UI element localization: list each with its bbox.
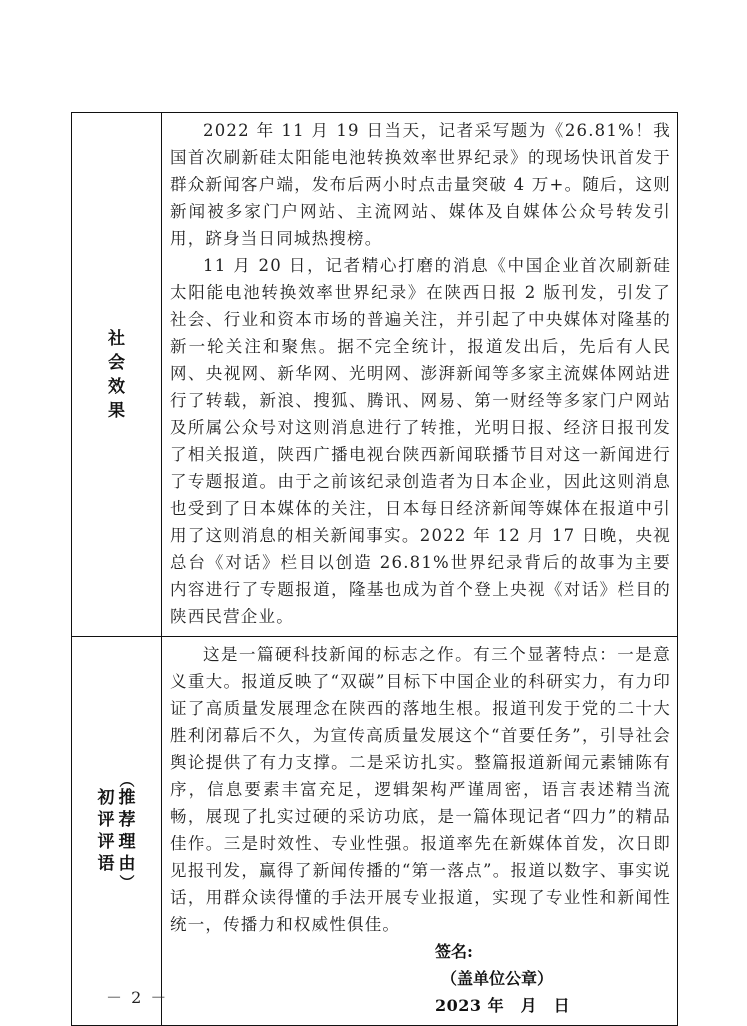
social-effect-content: 2022 年 11 月 19 日当天，记者采写题为《26.81%！我国首次刷新硅… (162, 113, 678, 637)
review-comment-label-cell: 初评评语 （ 推荐理由 ） (72, 637, 162, 1026)
label-text-left: 初评评语 (97, 787, 115, 875)
social-effect-row: 社会效果 2022 年 11 月 19 日当天，记者采写题为《26.81%！我国… (72, 113, 678, 637)
social-effect-label: 社会效果 (107, 327, 127, 423)
signature-label: 签名: (435, 938, 671, 965)
review-comment-label-right: （ 推荐理由 ） (117, 773, 137, 889)
review-comment-paragraph: 这是一篇硬科技新闻的标志之作。有三个显著特点：一是意义重大。报道反映了“双碳”目… (170, 641, 671, 938)
review-comment-content: 这是一篇硬科技新闻的标志之作。有三个显著特点：一是意义重大。报道反映了“双碳”目… (162, 637, 678, 1026)
close-paren: ） (120, 874, 134, 889)
review-comment-label-left: 初评评语 (96, 787, 116, 875)
signature-block: 签名: （盖单位公章） 2023 年 月 日 (170, 938, 671, 1019)
open-paren: （ (120, 772, 134, 787)
review-comment-row: 初评评语 （ 推荐理由 ） 这是一篇硬科技新闻的标志之作。有三个显著特点：一是意… (72, 637, 678, 1026)
social-effect-paragraph-2: 11 月 20 日，记者精心打磨的消息《中国企业首次刷新硅太阳能电池转换效率世界… (170, 252, 671, 630)
social-effect-label-cell: 社会效果 (72, 113, 162, 637)
label-text-right: 推荐理由 (118, 787, 136, 875)
evaluation-table: 社会效果 2022 年 11 月 19 日当天，记者采写题为《26.81%！我国… (71, 112, 678, 1026)
seal-label: （盖单位公章） (435, 965, 671, 992)
page-number: － 2 － (106, 985, 168, 1008)
social-effect-paragraph-1: 2022 年 11 月 19 日当天，记者采写题为《26.81%！我国首次刷新硅… (170, 117, 671, 252)
review-comment-label: 初评评语 （ 推荐理由 ） (96, 773, 137, 889)
date-label: 2023 年 月 日 (435, 992, 671, 1019)
